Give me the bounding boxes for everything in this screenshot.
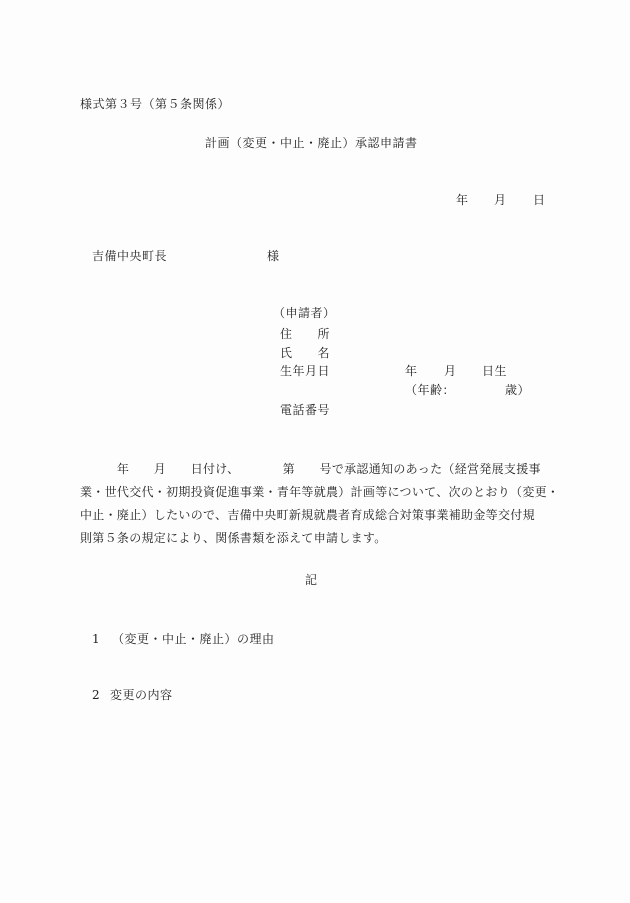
birthdate-year: 年 [405, 364, 418, 378]
birthdate-label: 生年月日 [280, 364, 330, 378]
age-open: （年齢： [405, 383, 455, 397]
date-month: 月 [494, 193, 507, 207]
date-year: 年 [456, 193, 469, 207]
address-label: 住 所 [280, 327, 330, 341]
phone-label: 電話番号 [280, 403, 330, 417]
document-title: 計画（変更・中止・廃止）承認申請書 [205, 136, 418, 150]
item-label-2: 変更の内容 [110, 688, 173, 702]
addressee-name: 吉備中央町長 [92, 249, 167, 263]
date-day: 日 [533, 193, 546, 207]
birthdate-day: 日生 [482, 364, 507, 378]
item-number-1: 1 [92, 632, 100, 646]
item-number-2: 2 [92, 688, 100, 702]
item-label-1: （変更・中止・廃止）の理由 [112, 632, 275, 646]
name-label: 氏 名 [280, 346, 330, 360]
form-number: 様式第３号（第５条関係） [80, 97, 230, 111]
body-line: 業・世代交代・初期投資促進事業・青年等就農）計画等について、次のとおり（変更・ [80, 481, 554, 504]
body-paragraph: 年 月 日付け、 第 号で承認通知のあった（経営発展支援事 業・世代交代・初期投… [80, 458, 554, 550]
age-close: 歳） [505, 383, 530, 397]
body-line: 年 月 日付け、 第 号で承認通知のあった（経営発展支援事 [80, 458, 554, 481]
body-line: 則第５条の規定により、関係書類を添えて申請します。 [80, 527, 554, 550]
ki-heading: 記 [305, 573, 318, 587]
applicant-heading: （申請者） [273, 306, 336, 320]
body-line: 中止・廃止）したいので、吉備中央町新規就農者育成総合対策事業補助金等交付規 [80, 504, 554, 527]
addressee-honorific: 様 [267, 249, 280, 263]
birthdate-month: 月 [444, 364, 457, 378]
